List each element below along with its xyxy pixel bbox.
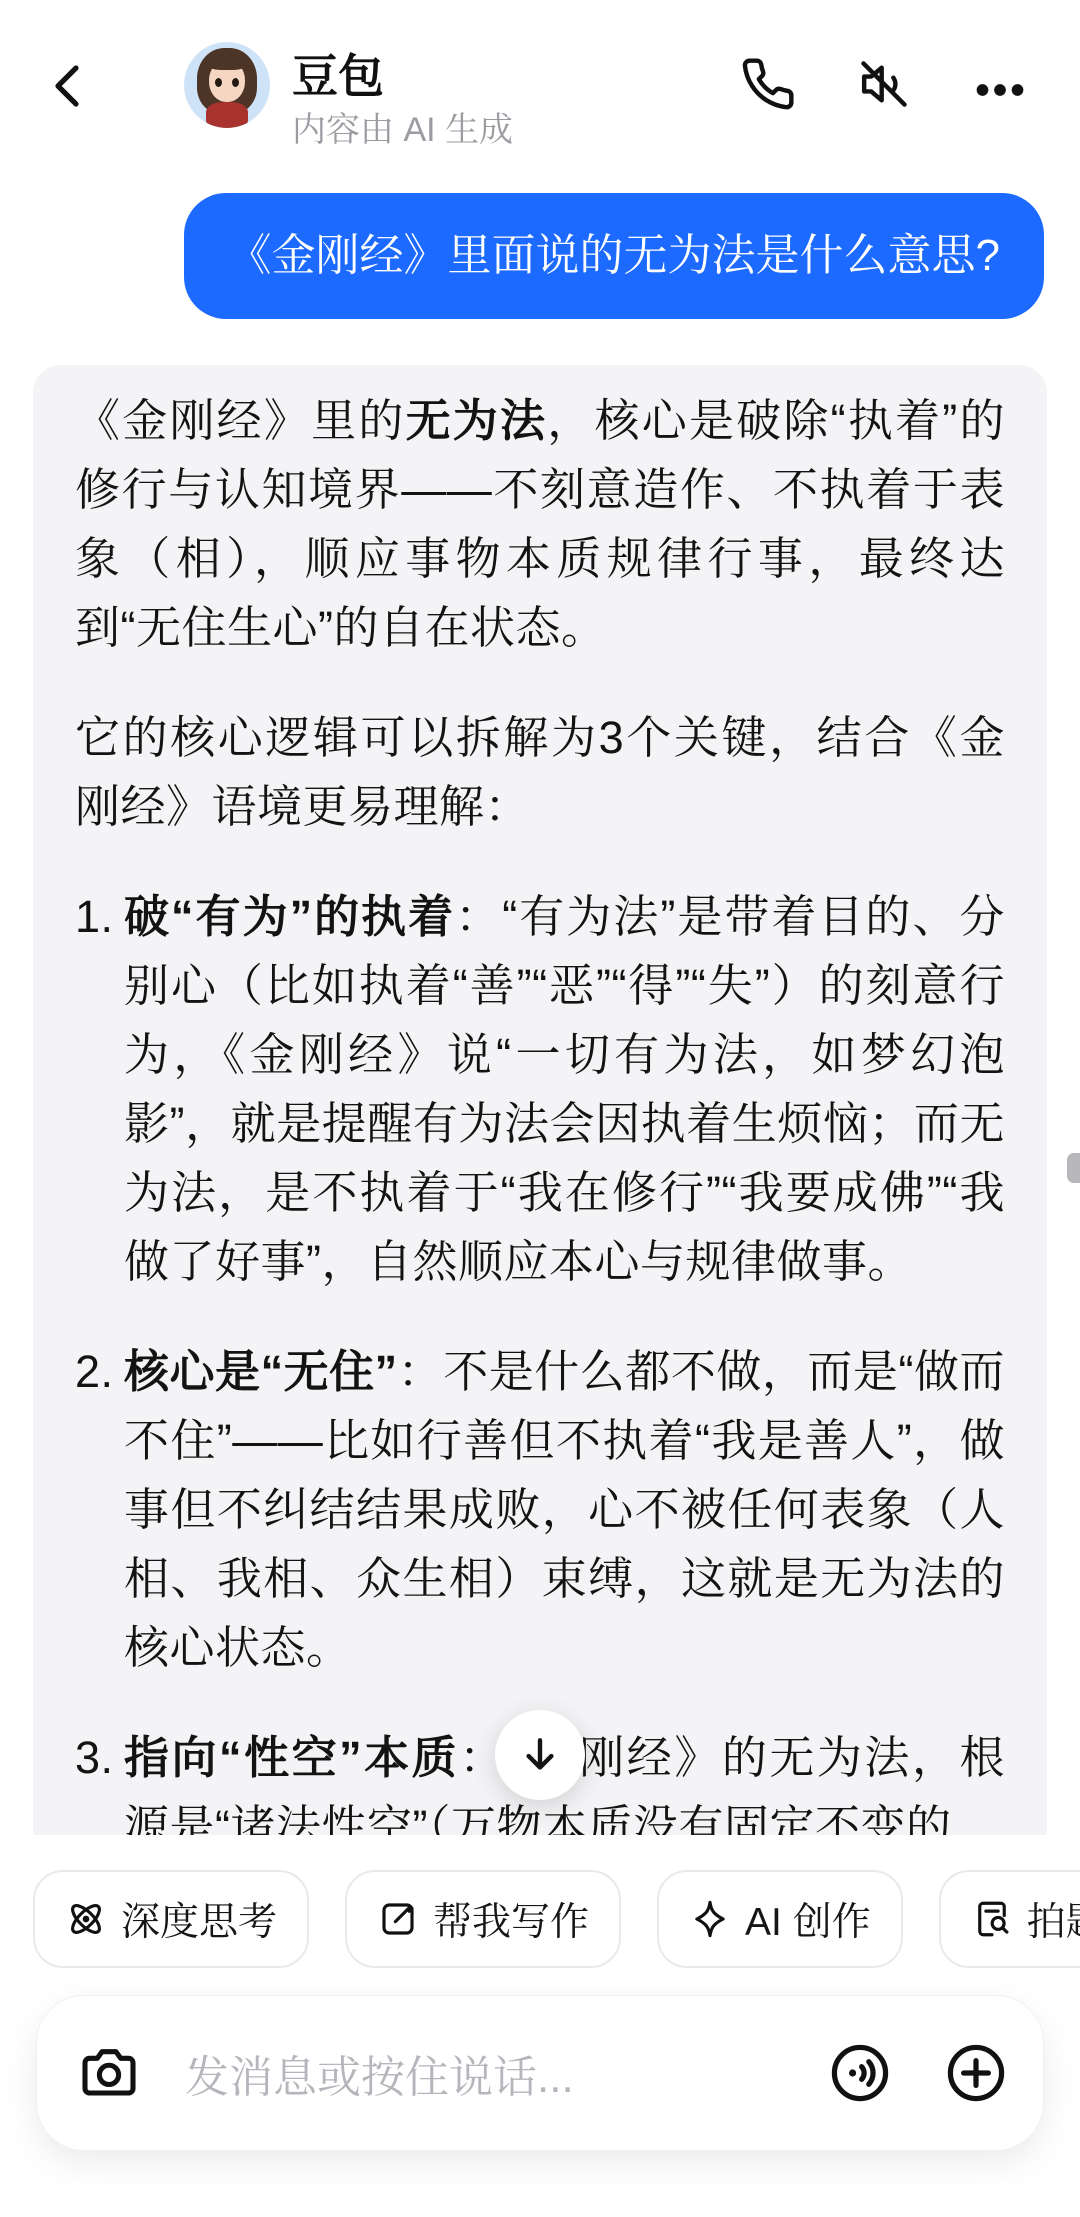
list-item-number: 1.	[75, 882, 124, 1296]
quick-action-bar: 深度思考帮我写作AI 创作拍题答疑	[33, 1870, 1080, 1968]
bold-text: 指向“性空”本质	[124, 1732, 459, 1783]
bold-text: 无为法	[406, 395, 548, 446]
quick-action-chip[interactable]: AI 创作	[657, 1870, 903, 1968]
quick-action-chip[interactable]: 深度思考	[33, 1870, 309, 1968]
speaker-muted-icon[interactable]	[856, 56, 912, 112]
quick-action-label: 拍题答疑	[1027, 1891, 1080, 1947]
plus-icon[interactable]	[943, 2040, 1009, 2106]
voice-wave-icon[interactable]	[827, 2040, 893, 2106]
chat-header: 豆包 内容由 AI 生成	[0, 0, 1080, 170]
text: 它的核心逻辑可以拆解为3个关键，结合《金刚经》语境更易理解：	[75, 712, 1005, 832]
avatar-eye	[215, 78, 222, 87]
list-item-number: 2.	[75, 1337, 124, 1682]
bold-text: 核心是“无住”	[124, 1346, 398, 1397]
message-paragraph: 它的核心逻辑可以拆解为3个关键，结合《金刚经》语境更易理解：	[75, 703, 1005, 841]
user-message-bubble[interactable]: 《金刚经》里面说的无为法是什么意思?	[184, 193, 1044, 319]
message-list-item: 1.破“有为”的执着：“有为法”是带着目的、分别心（比如执着“善”“恶”“得”“…	[75, 882, 1005, 1296]
sparkle-icon	[689, 1898, 731, 1940]
avatar-eye	[232, 78, 239, 87]
list-item-number: 3.	[75, 1723, 124, 1835]
assistant-message-card[interactable]: 《金刚经》里的无为法，核心是破除“执着”的修行与认知境界——不刻意造作、不执着于…	[33, 365, 1047, 1835]
deep-think-icon	[65, 1898, 107, 1940]
avatar-scarf	[206, 102, 248, 128]
assistant-name: 豆包	[292, 40, 384, 106]
quick-action-label: 深度思考	[121, 1891, 277, 1947]
back-button[interactable]	[44, 52, 92, 120]
scrollbar-thumb[interactable]	[1067, 1153, 1080, 1183]
list-item-text: 破“有为”的执着：“有为法”是带着目的、分别心（比如执着“善”“恶”“得”“失”…	[124, 882, 1005, 1296]
write-icon	[377, 1898, 419, 1940]
quick-action-chip[interactable]: 帮我写作	[345, 1870, 621, 1968]
camera-icon[interactable]	[77, 2041, 141, 2105]
list-item-text: 核心是“无住”：不是什么都不做，而是“做而不住”——比如行善但不执着“我是善人”…	[124, 1337, 1005, 1682]
doubao-chat-screen: 豆包 内容由 AI 生成 《金刚经》里面说的无为法是什么意思? 《金刚经》里的无…	[0, 0, 1080, 2217]
assistant-avatar[interactable]	[184, 42, 270, 128]
arrow-down-icon	[518, 1729, 562, 1781]
text: 《金刚经》里的	[75, 395, 406, 446]
quick-action-label: 帮我写作	[433, 1891, 589, 1947]
text: ：“有为法”是带着目的、分别心（比如执着“善”“恶”“得”“失”）的刻意行为，《…	[124, 891, 1005, 1287]
photo-solve-icon	[971, 1898, 1013, 1940]
quick-action-label: AI 创作	[745, 1891, 871, 1947]
user-message-text: 《金刚经》里面说的无为法是什么意思?	[228, 231, 1000, 280]
message-input[interactable]: 发消息或按住说话...	[185, 2041, 827, 2105]
message-paragraph: 《金刚经》里的无为法，核心是破除“执着”的修行与认知境界——不刻意造作、不执着于…	[75, 386, 1005, 662]
avatar-bangs	[204, 52, 250, 70]
bold-text: 破“有为”的执着	[124, 891, 455, 942]
message-list-item: 2.核心是“无住”：不是什么都不做，而是“做而不住”——比如行善但不执着“我是善…	[75, 1337, 1005, 1682]
quick-action-chip[interactable]: 拍题答疑	[939, 1870, 1080, 1968]
phone-icon[interactable]	[740, 56, 796, 112]
scroll-to-bottom-button[interactable]	[495, 1710, 585, 1800]
more-icon[interactable]	[972, 62, 1028, 118]
composer-bar[interactable]: 发消息或按住说话...	[36, 1995, 1044, 2151]
ai-generated-note: 内容由 AI 生成	[292, 102, 513, 151]
